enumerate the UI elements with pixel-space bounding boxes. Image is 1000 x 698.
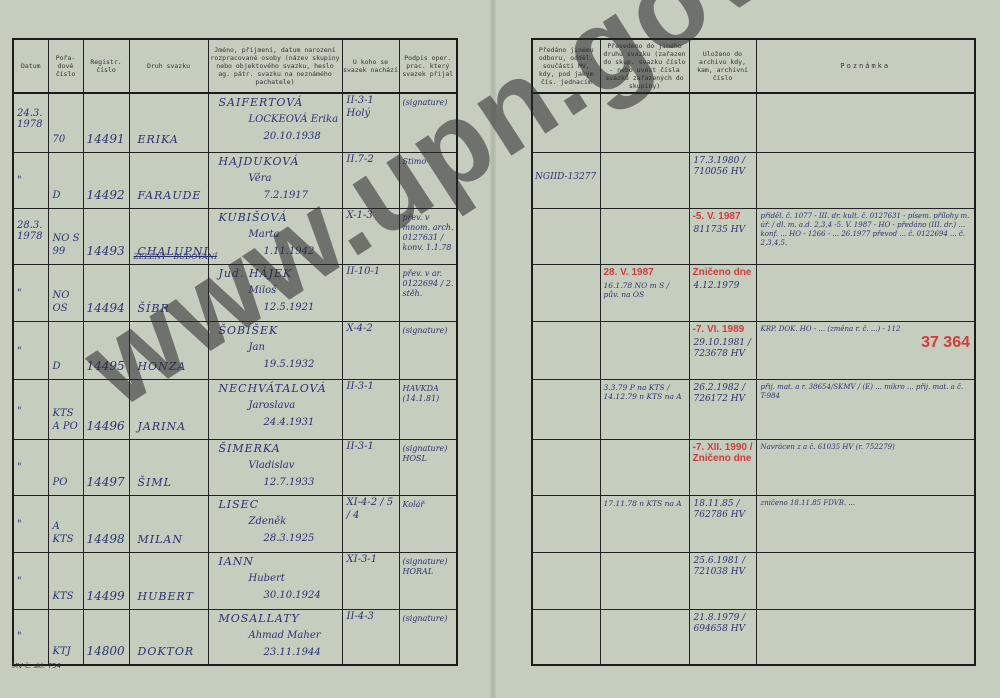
col-jmeno: Jméno, příjmení, datum narození rozpraco…: [208, 39, 342, 93]
cell-datum-text: ": [14, 462, 48, 495]
cell-poznamka-text: zničeno 18.11.85 FDVB. ...: [757, 496, 975, 508]
cell-registr-cislo-text: 14494: [84, 302, 129, 321]
col-podpis: Podpis oper. prac. který svazek přijal: [399, 39, 457, 93]
book-gutter: [490, 0, 496, 698]
cell-u-koho-text: II-10-1: [343, 265, 399, 278]
cell-predano: [532, 609, 600, 665]
cell-prevedeno-text: [601, 610, 689, 613]
cell-datum-text: ": [14, 406, 48, 439]
cell-u-koho-text: XI-3-1: [343, 553, 399, 566]
cell-predano: [532, 495, 600, 552]
cell-poradove-cislo-text: KTS: [49, 590, 83, 609]
birth-date: 19.5.1932: [209, 358, 342, 371]
cell-poznamka: [756, 552, 975, 609]
table-row: "NO OS14494ZELENY - BUDOVANÍŠÍBRJud. HÁJ…: [13, 264, 457, 321]
surname: IANN: [209, 555, 342, 568]
cell-druh-svazku-text: ŠIML: [130, 476, 208, 495]
cell-druh-svazku: ZELENY - BUDOVANÍŠÍBR: [129, 264, 208, 321]
table-row: 28.3. 1978NO S 9914493CHALUPNICEKUBIŠOVÁ…: [13, 208, 457, 264]
cell-druh-svazku: HUBERT: [129, 552, 208, 609]
cell-podpis: (signature): [399, 321, 457, 379]
cell-ulozeno: 26.2.1982 / 726172 HV: [689, 379, 756, 439]
table-row: 28. V. 198716.1.78 NO m S / pův. na OSZn…: [532, 264, 975, 321]
cell-predano-text: [533, 209, 600, 229]
cell-podpis-text: HAVKDA (14.1.81): [400, 380, 457, 404]
cell-jmeno: KUBIŠOVÁMarta1.11.1942: [208, 208, 342, 264]
cell-poznamka: přiděl. č. 1077 - III. dr. kult. č. 0127…: [756, 208, 975, 264]
cell-u-koho: II-4-3: [342, 609, 399, 665]
cell-druh-svazku-text: MILAN: [130, 533, 208, 552]
cell-ulozeno-text: 17.3.1980 / 710056 HV: [690, 153, 756, 178]
cell-predano-text: [533, 553, 600, 573]
table-row: "KTJ14800DOKTORMOSALLATYAhmad Maher23.11…: [13, 609, 457, 665]
cell-jmeno: LISECZdeněk28.3.1925: [208, 495, 342, 552]
surname: HAJDUKOVÁ: [209, 155, 342, 168]
cell-poznamka: [756, 152, 975, 208]
cell-podpis-text: Stimo: [400, 153, 457, 167]
cell-druh-svazku-text: HUBERT: [130, 590, 208, 609]
cell-poradove-cislo: KTS: [48, 552, 83, 609]
col-registr-cislo: Registr. číslo: [83, 39, 129, 93]
cell-poradove-cislo: NO S 99: [48, 208, 83, 264]
cell-registr-cislo: 14495: [83, 321, 129, 379]
given-name: Hubert: [209, 572, 342, 585]
cell-datum: ": [13, 321, 48, 379]
cell-druh-svazku-text: DOKTOR: [130, 645, 208, 664]
cell-datum: ": [13, 152, 48, 208]
cell-registr-cislo: 14494: [83, 264, 129, 321]
cell-u-koho: II-3-1 Holý: [342, 93, 399, 152]
cell-jmeno: HAJDUKOVÁVěra7.2.1917: [208, 152, 342, 208]
cell-u-koho-text: II.7-2: [343, 153, 399, 166]
cell-prevedeno: [600, 152, 689, 208]
date-stamp: -7. VI. 1989: [690, 322, 756, 335]
cell-u-koho-text: II-3-1: [343, 440, 399, 453]
cell-ulozeno-text: 26.2.1982 / 726172 HV: [690, 380, 756, 405]
cell-ulozeno: 17.3.1980 / 710056 HV: [689, 152, 756, 208]
cell-registr-cislo-text: 14498: [84, 533, 129, 552]
cell-ulozeno-text: [690, 94, 756, 97]
cell-datum-text: ": [14, 346, 48, 379]
cell-ulozeno: 18.11.85 / 762786 HV: [689, 495, 756, 552]
birth-date: 12.7.1933: [209, 476, 342, 489]
cell-podpis: přev. v mnom. arch. 0127631 / konv. 1.1.…: [399, 208, 457, 264]
col-datum: Datum: [13, 39, 48, 93]
cell-registr-cislo: 14499: [83, 552, 129, 609]
cell-poznamka: Navrácen z a č. 61035 HV (r. 752279): [756, 439, 975, 495]
cell-poradove-cislo: A KTS: [48, 495, 83, 552]
cell-registr-cislo-text: 14495: [84, 360, 129, 379]
cell-registr-cislo: 14492: [83, 152, 129, 208]
cell-druh-svazku: MILAN: [129, 495, 208, 552]
cell-u-koho-text: II-3-1: [343, 380, 399, 393]
table-row: NGIID-1327717.3.1980 / 710056 HV: [532, 152, 975, 208]
cell-podpis-text: přev. v mnom. arch. 0127631 / konv. 1.1.…: [400, 209, 457, 253]
cell-prevedeno-text: [601, 94, 689, 97]
cell-poznamka-text: [757, 610, 975, 613]
date-stamp: -7. XII. 1990 / Zničeno dne: [690, 440, 756, 464]
cell-podpis-text: (signature): [400, 94, 457, 108]
table-row: "PO14497ŠIMLŠIMERKAVladislav12.7.1933II-…: [13, 439, 457, 495]
date-stamp: -5. V. 1987: [690, 209, 756, 222]
table-row: -7. VI. 198929.10.1981 / 723678 HVKRP. D…: [532, 321, 975, 379]
cell-ulozeno: -7. XII. 1990 / Zničeno dne: [689, 439, 756, 495]
cell-druh-svazku: DOKTOR: [129, 609, 208, 665]
table-row: -5. V. 1987811735 HVpřiděl. č. 1077 - II…: [532, 208, 975, 264]
cell-prevedeno-text: [601, 322, 689, 325]
cell-predano-text: [533, 440, 600, 460]
given-name: Věra: [209, 172, 342, 185]
surname: Jud. HÁJEK: [209, 267, 342, 280]
header-row: Předáno jinému odboru, odděl. součásti M…: [532, 39, 975, 93]
cell-podpis: (signature): [399, 609, 457, 665]
table-row: 25.6.1981 / 721038 HV: [532, 552, 975, 609]
cell-prevedeno-text: [601, 440, 689, 443]
cell-poznamka-text: [757, 94, 975, 97]
cell-datum: ": [13, 552, 48, 609]
cell-registr-cislo-text: 14491: [84, 133, 129, 152]
cell-u-koho: II.7-2: [342, 152, 399, 208]
cell-poznamka-text: Navrácen z a č. 61035 HV (r. 752279): [757, 440, 975, 452]
cell-predano-text: [533, 380, 600, 400]
cell-predano-text: [533, 496, 600, 516]
table-row: "A KTS14498MILANLISECZdeněk28.3.1925XI-4…: [13, 495, 457, 552]
cell-registr-cislo: 14800: [83, 609, 129, 665]
col-poznamka: Poznámka: [756, 39, 975, 93]
cell-poradove-cislo-text: NO OS: [49, 289, 83, 321]
cell-poradove-cislo: PO: [48, 439, 83, 495]
col-druh-svazku: Druh svazku: [129, 39, 208, 93]
cell-ulozeno: -5. V. 1987811735 HV: [689, 208, 756, 264]
surname: NECHVÁTALOVÁ: [209, 382, 342, 395]
cell-registr-cislo-text: 14493: [84, 245, 129, 264]
cell-druh-svazku: FARAUDE: [129, 152, 208, 208]
cell-ulozeno-text: [690, 464, 756, 467]
cell-prevedeno: [600, 208, 689, 264]
cell-poznamka: zničeno 18.11.85 FDVB. ...: [756, 495, 975, 552]
surname: SAIFERTOVÁ: [209, 96, 342, 109]
cell-jmeno: Jud. HÁJEKMiloš12.5.1921: [208, 264, 342, 321]
cell-ulozeno: Zničeno dne4.12.1979: [689, 264, 756, 321]
cell-podpis: Kolář: [399, 495, 457, 552]
registry-table-right: Předáno jinému odboru, odděl. součásti M…: [531, 38, 976, 666]
cell-predano: [532, 264, 600, 321]
cell-prevedeno-text: [601, 209, 689, 212]
cell-jmeno: SAIFERTOVÁLOCKEOVÁ Erika20.10.1938: [208, 93, 342, 152]
cell-poznamka: [756, 93, 975, 152]
birth-date: 28.3.1925: [209, 532, 342, 545]
cell-u-koho: XI-4-2 / 5 / 4: [342, 495, 399, 552]
cell-registr-cislo: 14498: [83, 495, 129, 552]
cell-prevedeno: [600, 609, 689, 665]
cell-poradove-cislo: KTJ: [48, 609, 83, 665]
cell-poradove-cislo-text: NO S 99: [49, 232, 83, 264]
cell-prevedeno: [600, 552, 689, 609]
cell-ulozeno-text: 29.10.1981 / 723678 HV: [690, 335, 756, 360]
given-name: Ahmad Maher: [209, 629, 342, 642]
given-name: Marta: [209, 228, 342, 241]
table-row: 24.3. 19787014491ERIKASAIFERTOVÁLOCKEOVÁ…: [13, 93, 457, 152]
table-row: 21.8.1979 / 694658 HV: [532, 609, 975, 665]
cell-druh-svazku-text: JARINA: [130, 420, 208, 439]
col-u-koho: U koho se svazek nachází: [342, 39, 399, 93]
cell-druh-svazku: ERIKA: [129, 93, 208, 152]
cell-podpis-text: (signature): [400, 610, 457, 624]
cell-datum: 28.3. 1978: [13, 208, 48, 264]
cell-registr-cislo-text: 14496: [84, 420, 129, 439]
table-row: "KTS A PO14496JARINANECHVÁTALOVÁJaroslav…: [13, 379, 457, 439]
cell-druh-svazku: ŠIML: [129, 439, 208, 495]
cell-registr-cislo: 14491: [83, 93, 129, 152]
given-name: Vladislav: [209, 459, 342, 472]
cell-datum: 24.3. 1978: [13, 93, 48, 152]
date-stamp: 28. V. 1987: [601, 265, 689, 278]
cell-datum-text: ": [14, 519, 48, 552]
cell-datum-text: ": [14, 576, 48, 609]
cell-podpis: HAVKDA (14.1.81): [399, 379, 457, 439]
cell-poradove-cislo: 70: [48, 93, 83, 152]
cell-ulozeno-text: 18.11.85 / 762786 HV: [690, 496, 756, 521]
cell-druh-svazku-text: ŠÍBR: [130, 302, 208, 321]
cell-registr-cislo: 14496: [83, 379, 129, 439]
birth-date: 20.10.1938: [209, 130, 342, 143]
cell-registr-cislo-text: 14492: [84, 189, 129, 208]
cell-predano: [532, 93, 600, 152]
cell-druh-svazku-text: FARAUDE: [130, 189, 208, 208]
registry-table-left: Datum Pořa-dové číslo Registr. číslo Dru…: [12, 38, 458, 666]
cell-podpis-text: Kolář: [400, 496, 457, 510]
cell-podpis: Stimo: [399, 152, 457, 208]
surname: KUBIŠOVÁ: [209, 211, 342, 224]
cell-podpis: přev. v ar. 0122694 / 2. stěh.: [399, 264, 457, 321]
cell-poznamka-text: [757, 553, 975, 556]
cell-ulozeno-text: 21.8.1979 / 694658 HV: [690, 610, 756, 635]
cell-predano: [532, 208, 600, 264]
given-name: Jaroslava: [209, 399, 342, 412]
surname: MOSALLATY: [209, 612, 342, 625]
cell-druh-svazku-text: ERIKA: [130, 133, 208, 152]
col-predano: Předáno jinému odboru, odděl. součásti M…: [532, 39, 600, 93]
cell-u-koho: II-3-1: [342, 379, 399, 439]
cell-prevedeno: 17.11.78 n KTS na A: [600, 495, 689, 552]
cell-prevedeno-text: 17.11.78 n KTS na A: [601, 496, 689, 508]
col-prevedeno: Převedeno do jiného druhu svazku (zařaze…: [600, 39, 689, 93]
cell-registr-cislo-text: 14499: [84, 590, 129, 609]
col-ulozeno: Uloženo do archivu kdy, kam, archivní čí…: [689, 39, 756, 93]
table-row: 3.3.79 P na KTS / 14.12.79 n KTS na A26.…: [532, 379, 975, 439]
cell-u-koho: II-10-1: [342, 264, 399, 321]
cell-poznamka-text: KRP. DOK. HO - ... (změna r. č. ...) - 1…: [757, 322, 975, 334]
cell-predano-text: [533, 265, 600, 285]
cell-poznamka: přij. mat. a r. 38654/SKMV / (E) ... mik…: [756, 379, 975, 439]
cell-prevedeno-text: [601, 153, 689, 156]
cell-poradove-cislo-text: D: [49, 189, 83, 208]
given-name: Jan: [209, 341, 342, 354]
cell-poradove-cislo-text: KTS A PO: [49, 407, 83, 439]
cell-poznamka-text: [757, 265, 975, 268]
cell-ulozeno: 25.6.1981 / 721038 HV: [689, 552, 756, 609]
cell-jmeno: ŠIMERKAVladislav12.7.1933: [208, 439, 342, 495]
cell-jmeno: NECHVÁTALOVÁJaroslava24.4.1931: [208, 379, 342, 439]
cell-poradove-cislo-text: A KTS: [49, 520, 83, 552]
table-row: "D14495HONZAŠOBÍŠEKJan19.5.1932X-4-2(sig…: [13, 321, 457, 379]
cell-u-koho: X-4-2: [342, 321, 399, 379]
surname: LISEC: [209, 498, 342, 511]
cell-predano-text: [533, 94, 600, 114]
cell-ulozeno-text: 4.12.1979: [690, 278, 756, 292]
cell-jmeno: IANNHubert30.10.1924: [208, 552, 342, 609]
cell-prevedeno-text: 3.3.79 P na KTS / 14.12.79 n KTS na A: [601, 380, 689, 401]
cell-poradove-cislo: D: [48, 152, 83, 208]
cell-u-koho: II-3-1: [342, 439, 399, 495]
cell-podpis: (signature): [399, 93, 457, 152]
cell-registr-cislo: 14493: [83, 208, 129, 264]
cell-ulozeno: 21.8.1979 / 694658 HV: [689, 609, 756, 665]
table-row: 17.11.78 n KTS na A18.11.85 / 762786 HVz…: [532, 495, 975, 552]
cell-jmeno: ŠOBÍŠEKJan19.5.1932: [208, 321, 342, 379]
surname: ŠOBÍŠEK: [209, 324, 342, 337]
cell-druh-svazku: JARINA: [129, 379, 208, 439]
cell-podpis-text: přev. v ar. 0122694 / 2. stěh.: [400, 265, 457, 299]
cell-poradove-cislo: KTS A PO: [48, 379, 83, 439]
given-name: Zdeněk: [209, 515, 342, 528]
cell-podpis-text: (signature) HOSL: [400, 440, 457, 464]
cell-datum-text: ": [14, 631, 48, 664]
cell-u-koho: XI-3-1: [342, 552, 399, 609]
cell-poznamka: KRP. DOK. HO - ... (změna r. č. ...) - 1…: [756, 321, 975, 379]
cell-predano: [532, 439, 600, 495]
cell-prevedeno: 3.3.79 P na KTS / 14.12.79 n KTS na A: [600, 379, 689, 439]
cell-u-koho-text: X-1-3: [343, 209, 399, 222]
cell-datum: ": [13, 609, 48, 665]
cell-u-koho-text: II-4-3: [343, 610, 399, 623]
date-stamp: Zničeno dne: [690, 265, 756, 278]
cell-u-koho: X-1-3: [342, 208, 399, 264]
cell-podpis-text: (signature): [400, 322, 457, 336]
cell-registr-cislo-text: 14800: [84, 645, 129, 664]
cell-ulozeno: [689, 93, 756, 152]
given-name: Miloš: [209, 284, 342, 297]
cell-registr-cislo-text: 14497: [84, 476, 129, 495]
cell-prevedeno: [600, 321, 689, 379]
birth-date: 7.2.1917: [209, 189, 342, 202]
cell-jmeno: MOSALLATYAhmad Maher23.11.1944: [208, 609, 342, 665]
cell-prevedeno-text: 16.1.78 NO m S / pův. na OS: [601, 278, 689, 299]
cell-datum: ": [13, 264, 48, 321]
cell-datum-text: 28.3. 1978: [14, 220, 48, 264]
cell-predano-text: [533, 322, 600, 342]
cell-predano-text: NGIID-13277: [533, 153, 600, 182]
cell-poradove-cislo: NO OS: [48, 264, 83, 321]
cell-predano: NGIID-13277: [532, 152, 600, 208]
cell-prevedeno: [600, 439, 689, 495]
cell-podpis-text: (signature) HORAL: [400, 553, 457, 577]
table-row: "KTS14499HUBERTIANNHubert30.10.1924XI-3-…: [13, 552, 457, 609]
cell-predano: [532, 379, 600, 439]
cell-datum-text: ": [14, 288, 48, 321]
cell-datum: ": [13, 439, 48, 495]
cell-poradove-cislo-text: D: [49, 360, 83, 379]
cell-podpis: (signature) HORAL: [399, 552, 457, 609]
cell-predano: [532, 552, 600, 609]
cell-datum-text: 24.3. 1978: [14, 108, 48, 152]
birth-date: 24.4.1931: [209, 416, 342, 429]
cell-poznamka-text: přiděl. č. 1077 - III. dr. kult. č. 0127…: [757, 209, 975, 248]
cell-predano-text: [533, 610, 600, 630]
cell-ulozeno-text: 25.6.1981 / 721038 HV: [690, 553, 756, 578]
cell-poradove-cislo: D: [48, 321, 83, 379]
cell-ulozeno-text: 811735 HV: [690, 222, 756, 236]
cell-poznamka: [756, 264, 975, 321]
cell-datum-text: ": [14, 175, 48, 208]
cell-prevedeno: 28. V. 198716.1.78 NO m S / pův. na OS: [600, 264, 689, 321]
cell-ulozeno: -7. VI. 198929.10.1981 / 723678 HV: [689, 321, 756, 379]
surname: ŠIMERKA: [209, 442, 342, 455]
cell-prevedeno-text: [601, 553, 689, 556]
birth-date: 30.10.1924: [209, 589, 342, 602]
cell-druh-svazku: HONZA: [129, 321, 208, 379]
birth-date: 1.11.1942: [209, 245, 342, 258]
cell-prevedeno: [600, 93, 689, 152]
form-number: MV č. skl. 734: [12, 662, 61, 670]
cell-registr-cislo: 14497: [83, 439, 129, 495]
cell-datum: ": [13, 495, 48, 552]
cell-poznamka-text: [757, 153, 975, 156]
table-row: [532, 93, 975, 152]
birth-date: 12.5.1921: [209, 301, 342, 314]
given-name: LOCKEOVÁ Erika: [209, 113, 342, 126]
cell-poradove-cislo-text: 70: [49, 133, 83, 152]
header-row: Datum Pořa-dové číslo Registr. číslo Dru…: [13, 39, 457, 93]
cell-poznamka: [756, 609, 975, 665]
col-poradove-cislo: Pořa-dové číslo: [48, 39, 83, 93]
cell-datum: ": [13, 379, 48, 439]
table-row: "D14492FARAUDEHAJDUKOVÁVěra7.2.1917II.7-…: [13, 152, 457, 208]
table-row: -7. XII. 1990 / Zničeno dneNavrácen z a …: [532, 439, 975, 495]
cell-u-koho-text: X-4-2: [343, 322, 399, 335]
birth-date: 23.11.1944: [209, 646, 342, 659]
cell-podpis: (signature) HOSL: [399, 439, 457, 495]
cell-u-koho-text: II-3-1 Holý: [343, 94, 399, 120]
cell-predano: [532, 321, 600, 379]
cell-druh-svazku-text: HONZA: [130, 360, 208, 379]
archive-stamp: 37 364: [757, 334, 975, 352]
cell-poradove-cislo-text: PO: [49, 476, 83, 495]
cell-u-koho-text: XI-4-2 / 5 / 4: [343, 496, 399, 522]
cell-poznamka-text: přij. mat. a r. 38654/SKMV / (E) ... mik…: [757, 380, 975, 401]
